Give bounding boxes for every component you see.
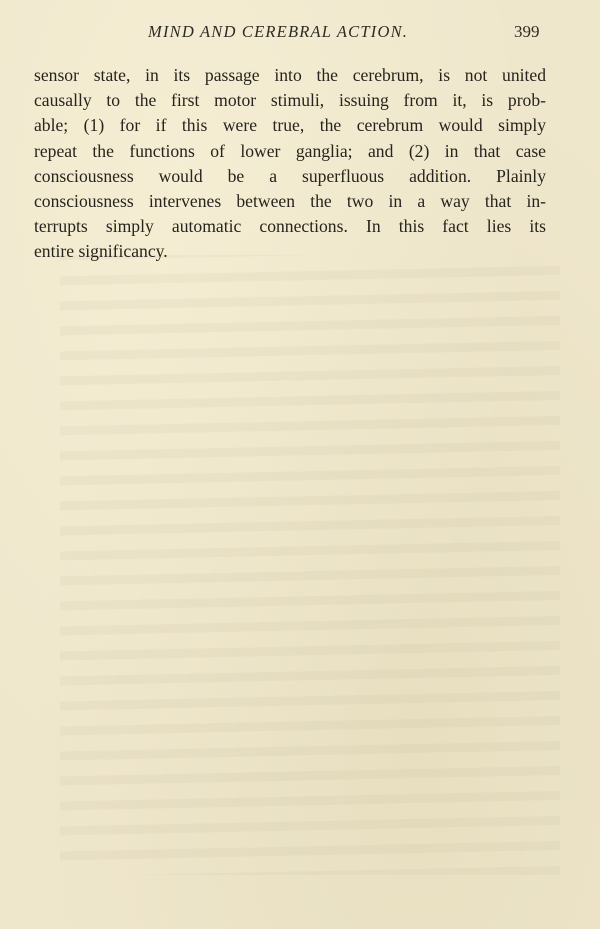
text-line: consciousness would be a superfluous add…: [34, 164, 546, 189]
book-page: MIND AND CEREBRAL ACTION. 399 sensor sta…: [0, 0, 600, 929]
text-line: entire significancy.: [34, 239, 546, 264]
text-line: able; (1) for if this were true, the cer…: [34, 113, 546, 138]
bleed-through-text: [60, 255, 560, 875]
text-line: causally to the first motor stimuli, iss…: [34, 88, 546, 113]
text-line: sensor state, in its passage into the ce…: [34, 63, 546, 88]
text-line: terrupts simply automatic connections. I…: [34, 214, 546, 239]
text-line: consciousness intervenes between the two…: [34, 189, 546, 214]
running-title: MIND AND CEREBRAL ACTION.: [148, 22, 408, 42]
running-head: MIND AND CEREBRAL ACTION. 399: [0, 20, 600, 46]
body-paragraph: sensor state, in its passage into the ce…: [34, 63, 546, 265]
text-line: repeat the functions of lower ganglia; a…: [34, 139, 546, 164]
page-number: 399: [514, 22, 540, 42]
